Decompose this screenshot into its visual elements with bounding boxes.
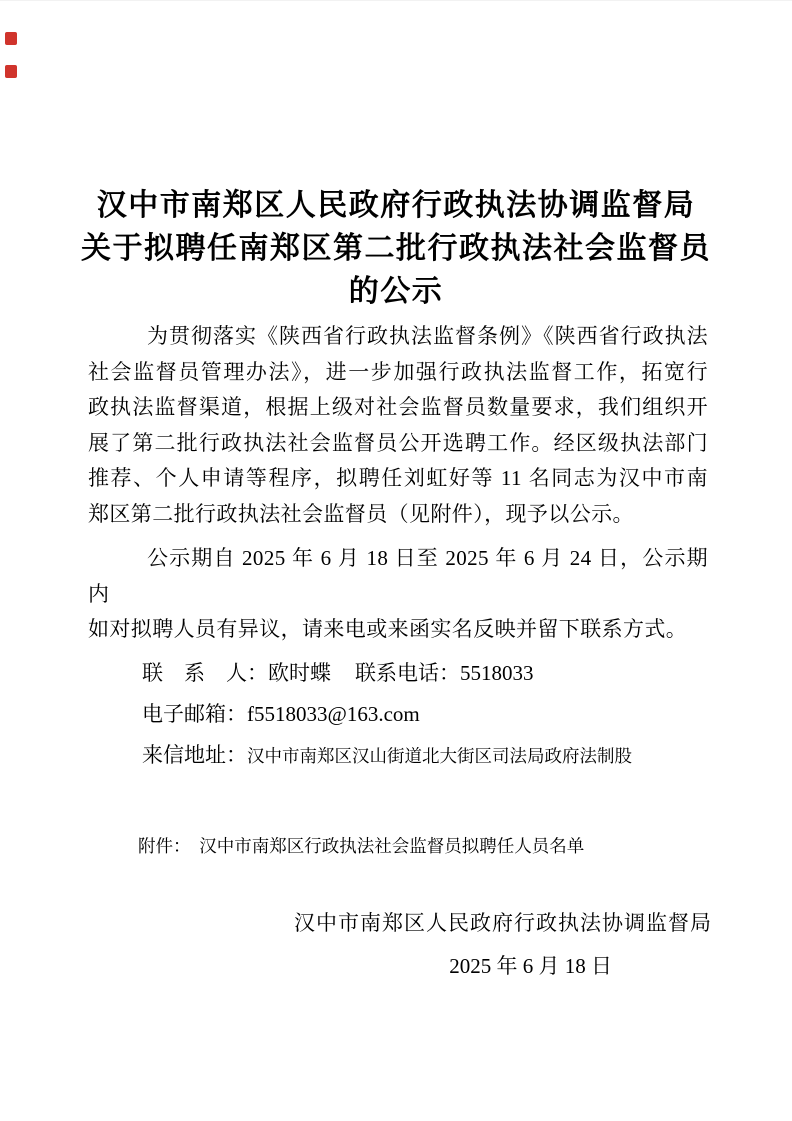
body-line: 推荐、个人申请等程序，拟聘任刘虹好等 11 名同志为汉中市南	[88, 461, 708, 497]
body-line: 如对拟聘人员有异议，请来电或来函实名反映并留下联系方式。	[88, 612, 708, 648]
red-marker-icon	[5, 65, 17, 78]
contact-address-label: 来信地址：	[142, 743, 247, 767]
contact-phone-group: 联系电话：5518033	[355, 653, 534, 694]
body-line: 公示期自 2025 年 6 月 18 日至 2025 年 6 月 24 日，公示…	[88, 541, 708, 612]
contact-person-name: 欧时蝶	[268, 661, 331, 685]
paragraph-1: 为贯彻落实《陕西省行政执法监督条例》《陕西省行政执法 社会监督员管理办法》，进一…	[88, 319, 708, 532]
contact-block: 联 系 人：欧时蝶 联系电话：5518033 电子邮箱：f5518033@163…	[142, 653, 632, 777]
contact-person-label: 联 系 人：	[142, 661, 268, 685]
document-page: 汉中市南郑区人民政府行政执法协调监督局 关于拟聘任南郑区第二批行政执法社会监督员…	[0, 0, 792, 1121]
body-line: 社会监督员管理办法》，进一步加强行政执法监督工作，拓宽行	[88, 355, 708, 391]
contact-phone-number: 5518033	[460, 661, 534, 685]
attachment-line: 附件： 汉中市南郑区行政执法社会监督员拟聘任人员名单	[138, 831, 584, 861]
title-line-2: 关于拟聘任南郑区第二批行政执法社会监督员	[0, 227, 792, 270]
title-line-1: 汉中市南郑区人民政府行政执法协调监督局	[0, 184, 792, 227]
body-line: 政执法监督渠道，根据上级对社会监督员数量要求，我们组织开	[88, 390, 708, 426]
contact-phone-label: 联系电话：	[355, 661, 460, 685]
paragraph-2: 公示期自 2025 年 6 月 18 日至 2025 年 6 月 24 日，公示…	[88, 541, 708, 648]
contact-address-row: 来信地址：汉中市南郑区汉山街道北大街区司法局政府法制股	[142, 735, 632, 777]
signature-org: 汉中市南郑区人民政府行政执法协调监督局	[294, 905, 712, 941]
contact-address-value: 汉中市南郑区汉山街道北大街区司法局政府法制股	[247, 746, 632, 766]
contact-email-row: 电子邮箱：f5518033@163.com	[142, 694, 632, 735]
contact-email-label: 电子邮箱：	[142, 702, 247, 726]
contact-email-address: f5518033@163.com	[247, 702, 420, 726]
red-marker-icon	[5, 32, 17, 45]
body-line: 为贯彻落实《陕西省行政执法监督条例》《陕西省行政执法	[88, 319, 708, 355]
title-line-3: 的公示	[0, 270, 792, 313]
signature-date: 2025 年 6 月 18 日	[449, 948, 612, 984]
body-line: 郑区第二批行政执法社会监督员（见附件），现予以公示。	[88, 497, 708, 533]
document-body: 为贯彻落实《陕西省行政执法监督条例》《陕西省行政执法 社会监督员管理办法》，进一…	[88, 319, 708, 648]
body-line: 展了第二批行政执法社会监督员公开选聘工作。经区级执法部门	[88, 426, 708, 462]
contact-person-row: 联 系 人：欧时蝶 联系电话：5518033	[142, 653, 632, 694]
document-title: 汉中市南郑区人民政府行政执法协调监督局 关于拟聘任南郑区第二批行政执法社会监督员…	[0, 184, 792, 313]
